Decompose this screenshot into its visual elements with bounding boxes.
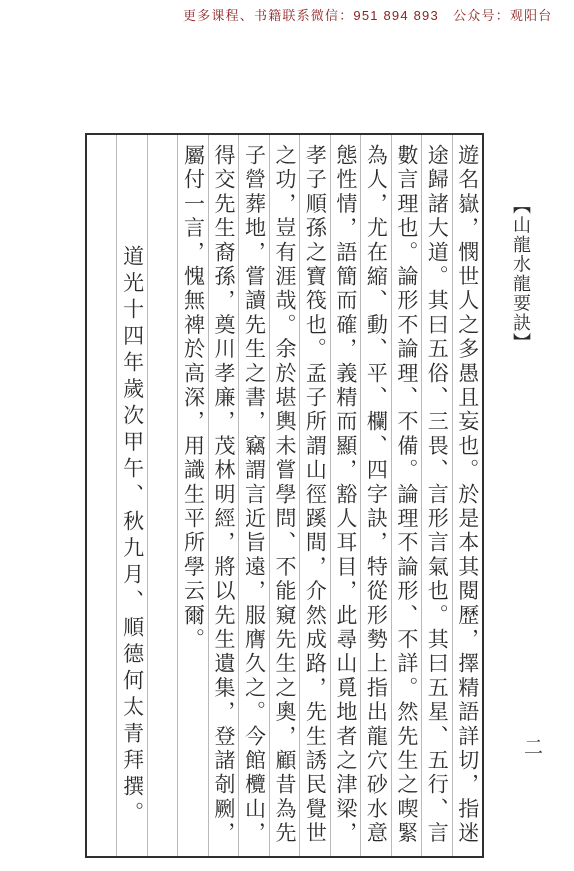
text-column: 為人，尤在縮、動、平、欄、四字訣，特從形勢上指出龍穴砂水意	[360, 135, 390, 856]
text-column-text: 遊名嶽，憫世人之多愚且妄也。於是本其閱歷，擇精語詳切，指迷	[457, 135, 478, 856]
text-column-text: 之功，豈有涯哉。余於堪輿未嘗學問、不能窺先生之奧，顧昔為先	[274, 135, 295, 856]
text-column-text: 得交先生裔孫，奠川孝廉，茂林明經，將以先生遺集，登諸剞劂，	[213, 135, 234, 856]
text-column: 遊名嶽，憫世人之多愚且妄也。於是本其閱歷，擇精語詳切，指迷	[452, 135, 482, 856]
book-title: 【山龍水龍要訣】	[512, 196, 530, 352]
promo-header-text: 更多课程、书籍联系微信：951 894 893 公众号：观阳台	[183, 5, 553, 24]
scanned-book-page: { "header": { "promo_text": "更多课程、书籍联系微信…	[0, 0, 574, 871]
text-column: 態性情，語簡而確，義精而顯，豁人耳目，此尋山覓地者之津梁，	[330, 135, 360, 856]
text-column: 道光十四年歲次甲午、秋九月、順德何太青拜撰。	[116, 135, 146, 856]
text-column: 得交先生裔孫，奠川孝廉，茂林明經，將以先生遺集，登諸剞劂，	[208, 135, 238, 856]
text-column-text: 數言理也。論形不論理、不備。論理不論形、不詳。然先生之喫緊	[396, 135, 417, 856]
text-column-text: 孝子順孫之寶筏也。孟子所謂山徑蹊間，介然成路，先生誘民覺世	[304, 135, 325, 856]
text-column: 數言理也。論形不論理、不備。論理不論形、不詳。然先生之喫緊	[391, 135, 421, 856]
text-column: 途歸諸大道。其曰五俗、三畏、言形言氣也。其曰五星、五行、言	[421, 135, 451, 856]
text-column-text: 屬付一言，愧無禆於高深，用識生平所學云爾。	[183, 135, 204, 856]
text-column: 子營葬地，嘗讀先生之書，竊謂言近旨遠，服膺久之。今館欖山，	[238, 135, 268, 856]
text-column-text: 子營葬地，嘗讀先生之書，竊謂言近旨遠，服膺久之。今館欖山，	[243, 135, 264, 856]
text-frame: 遊名嶽，憫世人之多愚且妄也。於是本其閱歷，擇精語詳切，指迷途歸諸大道。其曰五俗、…	[85, 133, 484, 858]
text-column-text: 態性情，語簡而確，義精而顯，豁人耳目，此尋山覓地者之津梁，	[335, 135, 356, 856]
text-column-text: 道光十四年歲次甲午、秋九月、順德何太青拜撰。	[122, 135, 143, 856]
text-column	[147, 135, 177, 856]
text-column: 屬付一言，愧無禆於高深，用識生平所學云爾。	[177, 135, 207, 856]
text-column-text: 為人，尤在縮、動、平、欄、四字訣，特從形勢上指出龍穴砂水意	[365, 135, 386, 856]
text-column	[87, 135, 116, 856]
text-column: 之功，豈有涯哉。余於堪輿未嘗學問、不能窺先生之奧，顧昔為先	[269, 135, 299, 856]
text-column: 孝子順孫之寶筏也。孟子所謂山徑蹊間，介然成路，先生誘民覺世	[299, 135, 329, 856]
page-number: 二	[518, 737, 545, 756]
text-column-text: 途歸諸大道。其曰五俗、三畏、言形言氣也。其曰五星、五行、言	[426, 135, 447, 856]
